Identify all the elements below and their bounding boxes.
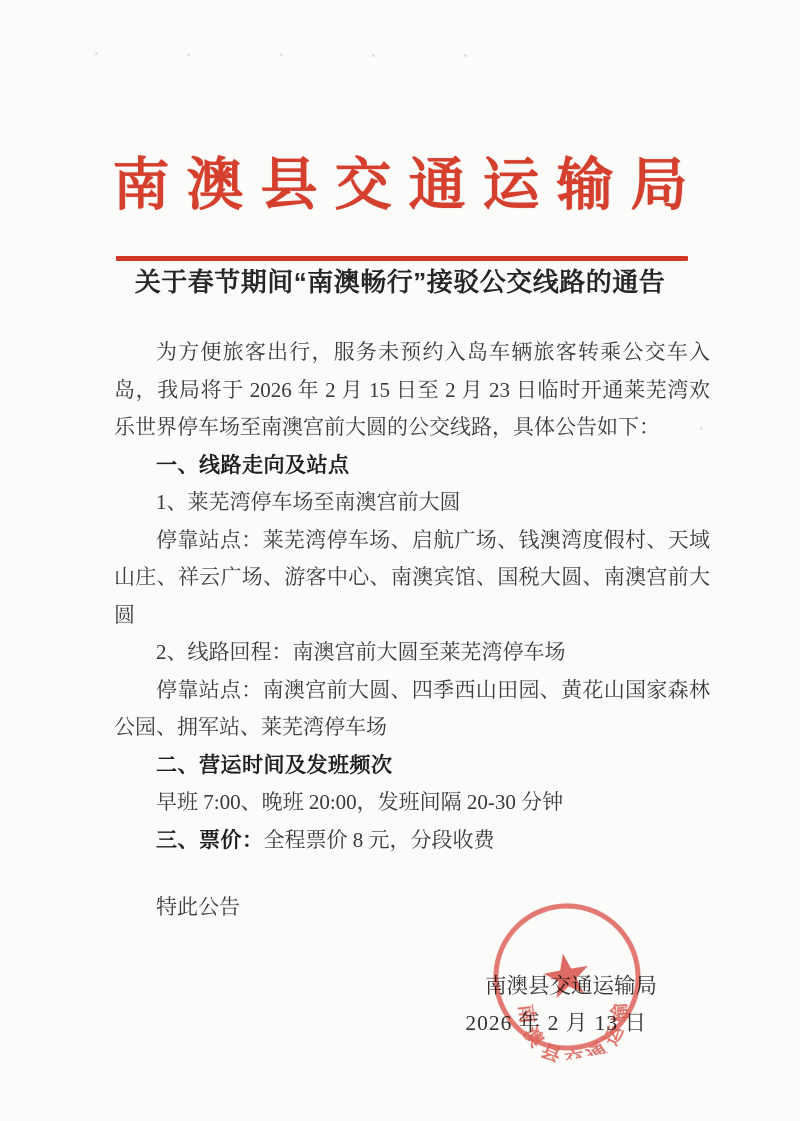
signature-block: 南澳县交通运输局 2026 年 2 月 13 日 (465, 968, 710, 1042)
scan-speck (464, 54, 467, 57)
intro-paragraph: 为方便旅客出行，服务未预约入岛车辆旅客转乘公交车入岛，我局将于 2026 年 2… (114, 334, 710, 447)
notice-title: 关于春节期间“南澳畅行”接驳公交线路的通告 (0, 266, 800, 300)
scan-speck (187, 53, 190, 56)
route-2-stops: 停靠站点：南澳宫前大圆、四季西山田园、黄花山国家森林公园、拥军站、莱芜湾停车场 (114, 672, 710, 747)
schedule-line: 早班 7:00、晚班 20:00，发班间隔 20-30 分钟 (114, 784, 710, 822)
scan-speck (280, 53, 283, 56)
route-1-stops: 停靠站点：莱芜湾停车场、启航广场、钱澳湾度假村、天域山庄、祥云广场、游客中心、南… (114, 522, 710, 635)
fare-line: 三、票价：全程票价 8 元，分段收费 (114, 822, 710, 860)
route-1-title: 1、莱芜湾停车场至南澳宫前大圆 (114, 484, 710, 522)
signature-agency: 南澳县交通运输局 (465, 968, 710, 1005)
letterhead-title: 南澳县交通运输局 (0, 150, 800, 221)
section-2-heading: 二、营运时间及发班频次 (114, 747, 710, 785)
signature-date: 2026 年 2 月 13 日 (465, 1005, 710, 1042)
scan-speck (372, 54, 375, 57)
section-1-heading: 一、线路走向及站点 (114, 447, 710, 485)
scan-speck (95, 52, 98, 55)
fare-text: 全程票价 8 元，分段收费 (264, 828, 495, 852)
closing-line: 特此公告 (114, 889, 710, 927)
letterhead-divider-line (116, 256, 688, 261)
fare-label: 三、票价： (156, 829, 264, 852)
route-2-title: 2、线路回程：南澳宫前大圆至莱芜湾停车场 (114, 634, 710, 672)
document-page: 南澳县交通运输局 关于春节期间“南澳畅行”接驳公交线路的通告 为方便旅客出行，服… (0, 0, 800, 1121)
notice-body: 为方便旅客出行，服务未预约入岛车辆旅客转乘公交车入岛，我局将于 2026 年 2… (114, 334, 710, 927)
